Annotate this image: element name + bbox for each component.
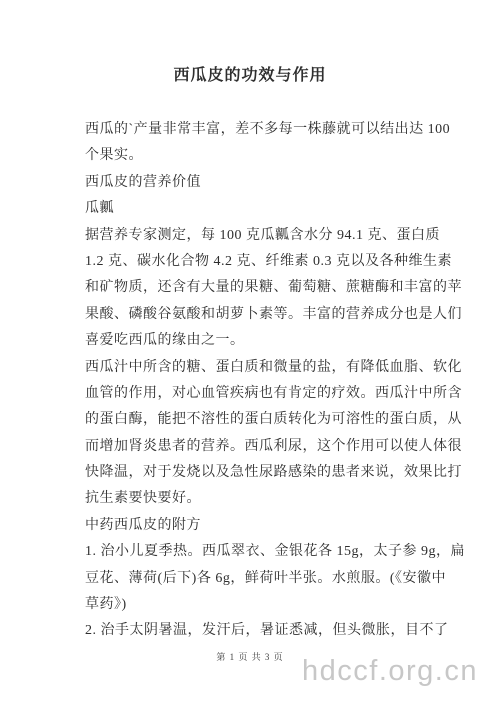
- text-line: 而增加肾炎患者的营养。西瓜利尿，这个作用可以使人体很: [85, 434, 453, 460]
- text-line: 西瓜汁中所含的糖、蛋白质和微量的盐，有降低血脂、软化: [85, 355, 453, 381]
- document-body: 西瓜的`产量非常丰富，差不多每一株藤就可以结出达 100个果实。西瓜皮的营养价值…: [85, 117, 453, 645]
- text-line: 豆花、薄荷(后下)各 6g，鲜荷叶半张。水煎服。(《安徽中: [85, 566, 453, 592]
- text-line: 西瓜皮的营养价值: [85, 170, 453, 196]
- text-line: 1.2 克、碳水化合物 4.2 克、纤维素 0.3 克以及各种维生素: [85, 249, 453, 275]
- text-line: 快降温，对于发烧以及急性尿路感染的患者来说，效果比打: [85, 460, 453, 486]
- text-line: 中药西瓜皮的附方: [85, 513, 453, 539]
- watermark-text: hdccf.org.cn: [302, 655, 478, 688]
- text-line: 喜爱吃西瓜的缘由之一。: [85, 328, 453, 354]
- text-line: 据营养专家测定，每 100 克瓜瓤含水分 94.1 克、蛋白质: [85, 223, 453, 249]
- text-line: 个果实。: [85, 143, 453, 169]
- document-page: 西瓜皮的功效与作用 西瓜的`产量非常丰富，差不多每一株藤就可以结出达 100个果…: [0, 0, 500, 707]
- text-line: 血管的作用，对心血管疾病也有肯定的疗效。西瓜汁中所含: [85, 381, 453, 407]
- text-line: 1. 治小儿夏季热。西瓜翠衣、金银花各 15g，太子参 9g，扁: [85, 539, 453, 565]
- page-title: 西瓜皮的功效与作用: [0, 62, 500, 85]
- text-line: 抗生素要快要好。: [85, 486, 453, 512]
- text-line: 草药》): [85, 592, 453, 618]
- text-line: 果酸、磷酸谷氨酸和胡萝卜素等。丰富的营养成分也是人们: [85, 302, 453, 328]
- text-line: 的蛋白酶，能把不溶性的蛋白质转化为可溶性的蛋白质，从: [85, 407, 453, 433]
- text-line: 和矿物质，还含有大量的果糖、葡萄糖、蔗糖酶和丰富的苹: [85, 275, 453, 301]
- text-line: 瓜瓤: [85, 196, 453, 222]
- text-line: 2. 治手太阴暑温，发汗后，暑证悉减，但头微胀，目不了: [85, 618, 453, 644]
- text-line: 西瓜的`产量非常丰富，差不多每一株藤就可以结出达 100: [85, 117, 453, 143]
